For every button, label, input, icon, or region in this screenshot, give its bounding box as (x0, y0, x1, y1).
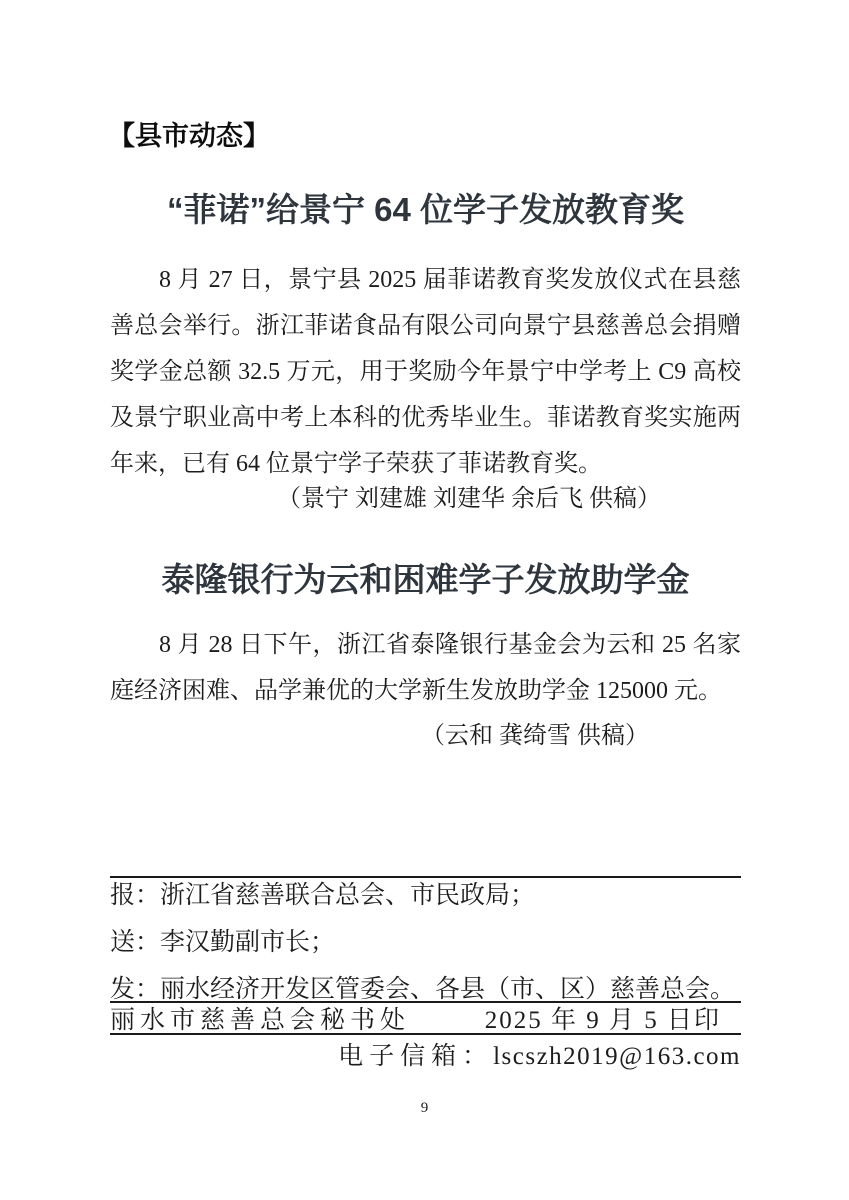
email-address: lscszh2019@163.com (493, 1043, 741, 1070)
email-label: 电子信箱： (338, 1043, 493, 1070)
distribution-list: 报：浙江省慈善联合总会、市民政局； 送：李汉勤副市长； 发：丽水经济开发区管委会… (110, 872, 741, 1013)
article-1-title: “菲诺”给景宁 64 位学子发放教育奖 (110, 184, 741, 231)
print-date: 2025 年 9 月 5 日印 (485, 1000, 721, 1036)
divider-bottom (110, 1033, 741, 1035)
article-2-title: 泰隆银行为云和困难学子发放助学金 (110, 554, 741, 601)
article-1-attribution: （景宁 刘建雄 刘建华 余后飞 供稿） (110, 484, 741, 514)
issuer-name: 丽水市慈善总会秘书处 (110, 1000, 410, 1036)
document-page: 【县市动态】 “菲诺”给景宁 64 位学子发放教育奖 8 月 27 日，景宁县 … (0, 0, 849, 1200)
article-1-body: 8 月 27 日，景宁县 2025 届菲诺教育奖发放仪式在县慈善总会举行。浙江菲… (110, 257, 741, 487)
report-line: 报：浙江省慈善联合总会、市民政局； (110, 872, 741, 919)
section-header: 【县市动态】 (108, 114, 270, 153)
email-line: 电子信箱：lscszh2019@163.com (110, 1042, 741, 1072)
article-2-attribution: （云和 龚绮雪 供稿） (110, 721, 741, 751)
issuer-row: 丽水市慈善总会秘书处 2025 年 9 月 5 日印 (110, 1003, 741, 1033)
page-number: 9 (0, 1100, 849, 1117)
send-line: 送：李汉勤副市长； (110, 919, 741, 966)
article-2-body: 8 月 28 日下午，浙江省泰隆银行基金会为云和 25 名家庭经济困难、品学兼优… (110, 622, 741, 714)
